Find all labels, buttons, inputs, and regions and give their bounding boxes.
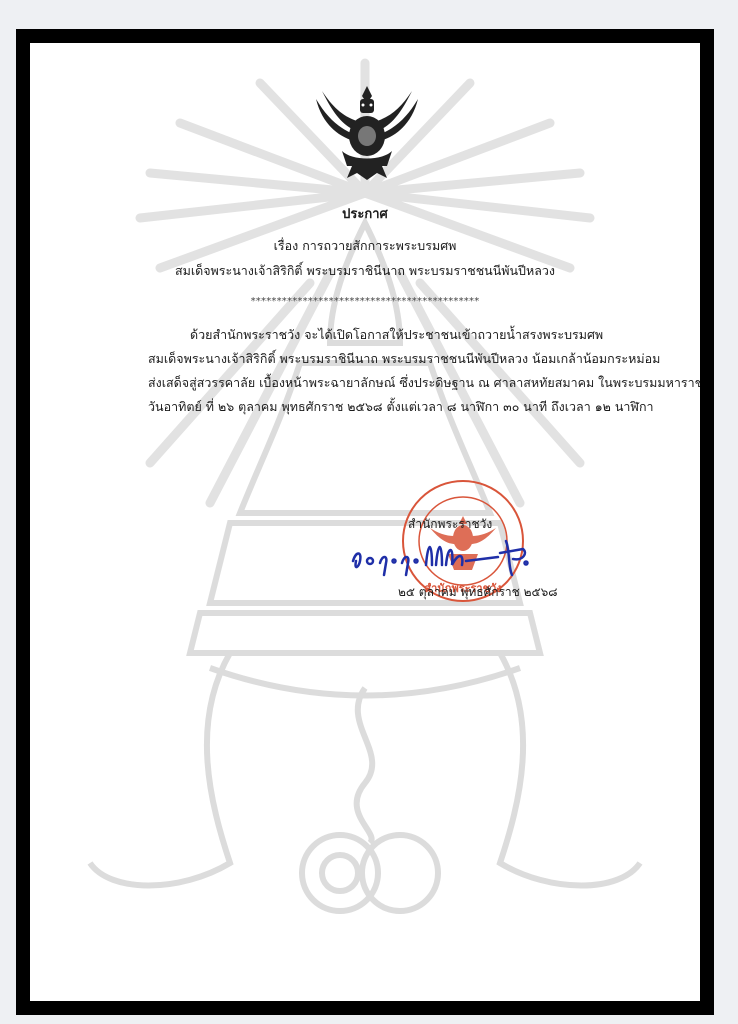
body-line-2: สมเด็จพระนางเจ้าสิริกิติ์ พระบรมราชินีนา… bbox=[148, 349, 660, 369]
royal-emblem-watermark-icon bbox=[30, 43, 700, 1001]
subject-line-2: สมเด็จพระนางเจ้าสิริกิติ์ พระบรมราชินีนา… bbox=[30, 261, 700, 281]
signed-date: ๒๕ ตุลาคม พุทธศักราช ๒๕๖๘ bbox=[398, 583, 557, 602]
garuda-emblem-icon bbox=[312, 81, 422, 181]
document-page: ประกาศ เรื่อง การถวายสักการะพระบรมศพ สมเ… bbox=[30, 43, 700, 1001]
body-line-3: ส่งเสด็จสู่สวรรคาลัย เบื้องหน้าพระฉายาลั… bbox=[148, 373, 700, 393]
body-line-1: ด้วยสำนักพระราชวัง จะได้เปิดโอกาสให้ประช… bbox=[190, 325, 603, 345]
subject-line-1: เรื่อง การถวายสักการะพระบรมศพ bbox=[30, 236, 700, 256]
body-line-4: วันอาทิตย์ ที่ ๒๖ ตุลาคม พุทธศักราช ๒๕๖๘… bbox=[148, 397, 654, 417]
separator: ****************************************… bbox=[30, 296, 700, 307]
signature-icon bbox=[348, 531, 568, 581]
document-title: ประกาศ bbox=[30, 203, 700, 224]
